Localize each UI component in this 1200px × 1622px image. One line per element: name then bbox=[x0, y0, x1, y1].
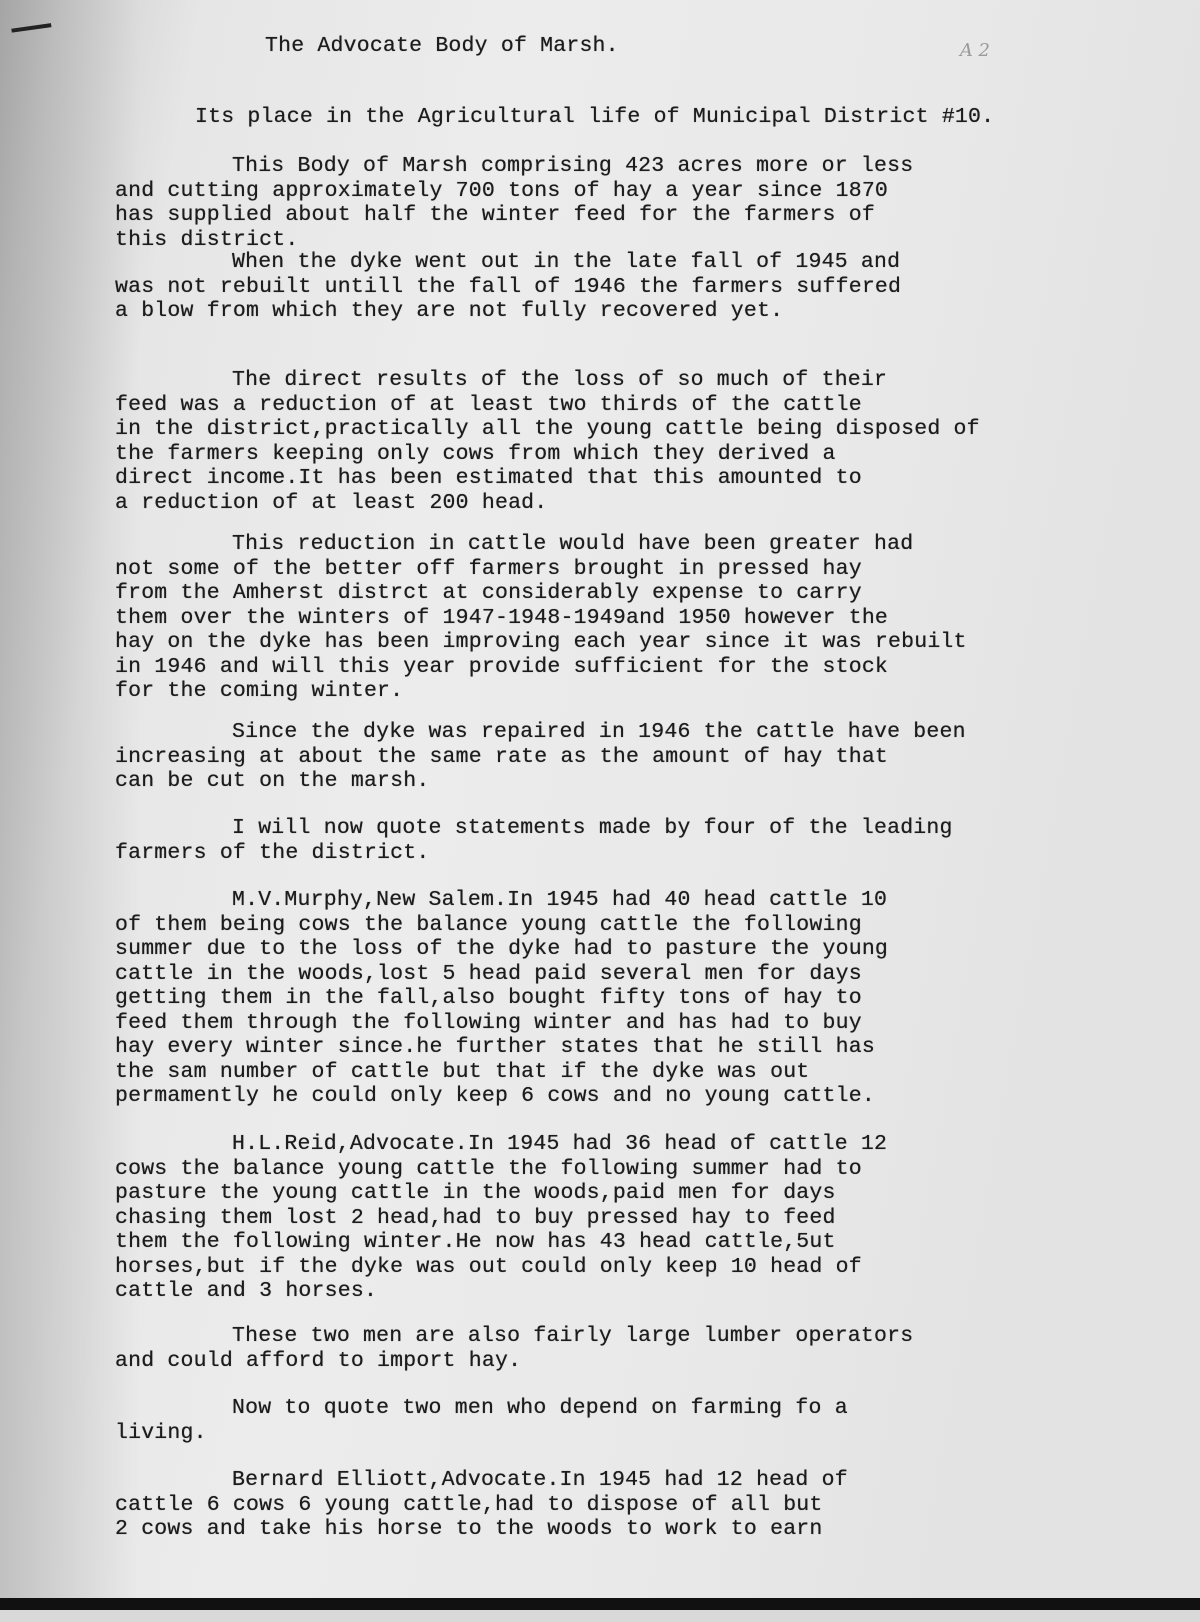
text-line: getting them in the fall,also bought fif… bbox=[115, 986, 862, 1010]
text-line: I will now quote statements made by four… bbox=[232, 816, 953, 840]
text-line: them over the winters of 1947-1948-1949a… bbox=[115, 606, 888, 630]
text-line: was not rebuilt untill the fall of 1946 … bbox=[115, 275, 901, 299]
text-line: a reduction of at least 200 head. bbox=[115, 491, 547, 515]
document-subtitle: Its place in the Agricultural life of Mu… bbox=[195, 105, 994, 129]
text-line: When the dyke went out in the late fall … bbox=[232, 250, 900, 274]
text-line: the farmers keeping only cows from which… bbox=[115, 442, 836, 466]
text-line: This reduction in cattle would have been… bbox=[232, 532, 913, 556]
text-line: Now to quote two men who depend on farmi… bbox=[232, 1396, 848, 1420]
text-line: hay every winter since.he further states… bbox=[115, 1035, 875, 1059]
pencil-annotation: A 2 bbox=[960, 40, 990, 61]
text-line: can be cut on the marsh. bbox=[115, 769, 429, 793]
text-line: farmers of the district. bbox=[115, 841, 429, 865]
text-line: a blow from which they are not fully rec… bbox=[115, 299, 783, 323]
text-line: M.V.Murphy,New Salem.In 1945 had 40 head… bbox=[232, 888, 887, 912]
text-line: direct income.It has been estimated that… bbox=[115, 466, 862, 490]
scan-bottom-edge bbox=[0, 1598, 1200, 1610]
text-line: in 1946 and will this year provide suffi… bbox=[115, 655, 888, 679]
text-line: Since the dyke was repaired in 1946 the … bbox=[232, 720, 966, 744]
text-line: cattle in the woods,lost 5 head paid sev… bbox=[115, 962, 862, 986]
text-line: the sam number of cattle but that if the… bbox=[115, 1060, 809, 1084]
text-line: 2 cows and take his horse to the woods t… bbox=[115, 1517, 823, 1541]
text-line: for the coming winter. bbox=[115, 679, 403, 703]
scanned-document-page: A 2 The Advocate Body of Marsh. Its plac… bbox=[0, 0, 1200, 1610]
text-line: not some of the better off farmers broug… bbox=[115, 557, 862, 581]
text-line: has supplied about half the winter feed … bbox=[115, 203, 875, 227]
text-line: feed was a reduction of at least two thi… bbox=[115, 393, 862, 417]
text-line: permamently he could only keep 6 cows an… bbox=[115, 1084, 875, 1108]
text-line: in the district,practically all the youn… bbox=[115, 417, 980, 441]
text-line: H.L.Reid,Advocate.In 1945 had 36 head of… bbox=[232, 1132, 887, 1156]
text-line: and cutting approximately 700 tons of ha… bbox=[115, 179, 888, 203]
text-line: them the following winter.He now has 43 … bbox=[115, 1230, 836, 1254]
text-line: of them being cows the balance young cat… bbox=[115, 913, 862, 937]
text-line: horses,but if the dyke was out could onl… bbox=[115, 1255, 862, 1279]
text-line: Bernard Elliott,Advocate.In 1945 had 12 … bbox=[232, 1468, 848, 1492]
text-line: cattle and 3 horses. bbox=[115, 1279, 377, 1303]
text-line: summer due to the loss of the dyke had t… bbox=[115, 937, 888, 961]
text-line: increasing at about the same rate as the… bbox=[115, 745, 888, 769]
text-line: This Body of Marsh comprising 423 acres … bbox=[232, 154, 913, 178]
text-line: These two men are also fairly large lumb… bbox=[232, 1324, 913, 1348]
document-title: The Advocate Body of Marsh. bbox=[265, 34, 619, 58]
text-line: living. bbox=[115, 1421, 207, 1445]
text-line: chasing them lost 2 head,had to buy pres… bbox=[115, 1206, 836, 1230]
text-line: cattle 6 cows 6 young cattle,had to disp… bbox=[115, 1493, 823, 1517]
text-line: The direct results of the loss of so muc… bbox=[232, 368, 887, 392]
text-line: and could afford to import hay. bbox=[115, 1349, 521, 1373]
text-line: hay on the dyke has been improving each … bbox=[115, 630, 967, 654]
text-line: this district. bbox=[115, 228, 298, 252]
text-line: feed them through the following winter a… bbox=[115, 1011, 862, 1035]
text-line: pasture the young cattle in the woods,pa… bbox=[115, 1181, 836, 1205]
text-line: cows the balance young cattle the follow… bbox=[115, 1157, 862, 1181]
text-line: from the Amherst distrct at considerably… bbox=[115, 581, 862, 605]
